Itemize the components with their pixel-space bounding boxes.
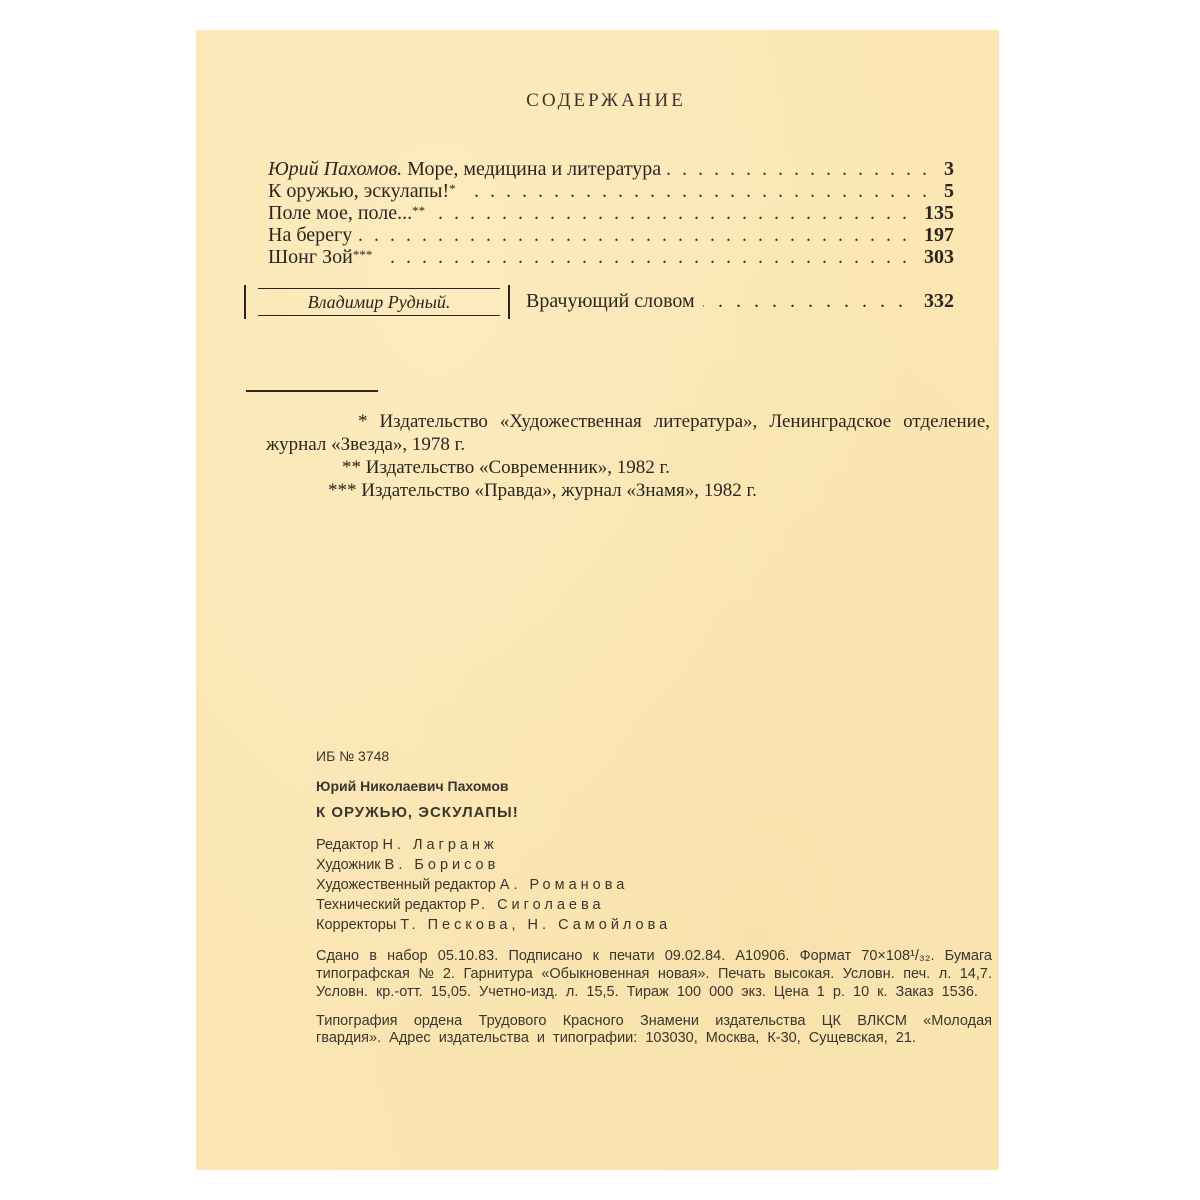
toc-page: 135	[924, 202, 954, 224]
toc-page: 3	[944, 158, 954, 180]
credit-line: Художественный редактор А. Романова	[316, 875, 992, 895]
dot-leader: ........................................…	[462, 180, 938, 202]
book-page: СОДЕРЖАНИЕ Юрий Пахомов. Море, медицина …	[196, 30, 999, 1170]
footnote-divider	[246, 390, 378, 392]
credit-line: Технический редактор Р. Сиголаева	[316, 895, 992, 915]
credit-line: Корректоры Т. Пескова, Н. Самойлова	[316, 915, 992, 935]
toc-page: 303	[924, 246, 954, 268]
afterword-author-box: Владимир Рудный.	[244, 285, 510, 319]
imprint-book-title: К ОРУЖЬЮ, ЭСКУЛАПЫ!	[316, 804, 992, 821]
toc-page: 197	[924, 224, 954, 246]
credit-line: Художник В. Борисов	[316, 855, 992, 875]
footnote: *** Издательство «Правда», журнал «Знамя…	[266, 479, 990, 502]
dot-leader: ........................................…	[378, 246, 918, 268]
ib-number: ИБ № 3748	[316, 748, 992, 764]
dot-leader: ........................................…	[358, 224, 918, 246]
footnote: * Издательство «Художественная литератур…	[266, 410, 990, 456]
imprint: ИБ № 3748 Юрий Николаевич Пахомов К ОРУЖ…	[316, 748, 992, 1047]
imprint-author: Юрий Николаевич Пахомов	[316, 778, 992, 794]
footnote-mark: ***	[353, 247, 373, 262]
dot-leader: ........................................…	[703, 288, 916, 314]
toc-entry: На берегу ..............................…	[268, 224, 954, 246]
toc-entry: Поле мое, поле...** ....................…	[268, 202, 954, 224]
footnote: ** Издательство «Современник», 1982 г.	[266, 456, 990, 479]
footnotes: * Издательство «Художественная литератур…	[266, 410, 990, 502]
technical-info: Сдано в набор 05.10.83. Подписано к печа…	[316, 947, 992, 1001]
credits: Редактор Н. Лагранж Художник В. Борисов …	[316, 835, 992, 935]
dot-leader: ........................................…	[431, 202, 918, 224]
dot-leader: ........................................…	[667, 158, 938, 180]
toc-author: Юрий Пахомов.	[268, 158, 402, 180]
toc-label: Море, медицина и литература	[407, 158, 661, 180]
toc-entry: Юрий Пахомов. Море, медицина и литератур…	[268, 158, 954, 180]
page-title: СОДЕРЖАНИЕ	[506, 90, 706, 112]
credit-line: Редактор Н. Лагранж	[316, 835, 992, 855]
footnote-mark: *	[449, 181, 456, 196]
afterword-author: Владимир Рудный.	[258, 288, 500, 316]
toc-page: 332	[924, 288, 954, 314]
toc-label: Шонг Зой	[268, 246, 353, 268]
toc-label: Поле мое, поле...	[268, 202, 412, 224]
footnote-mark: **	[412, 203, 425, 218]
toc-label: К оружью, эскулапы!	[268, 180, 449, 202]
toc-page: 5	[944, 180, 954, 202]
toc-label: На берегу	[268, 224, 352, 246]
toc-entry-afterword: Врачующий словом .......................…	[526, 288, 954, 314]
toc-entry: К оружью, эскулапы!* ...................…	[268, 180, 954, 202]
toc-label: Врачующий словом	[526, 288, 695, 314]
toc-entry: Шонг Зой*** ............................…	[268, 246, 954, 268]
printer-info: Типография ордена Трудового Красного Зна…	[316, 1013, 992, 1047]
